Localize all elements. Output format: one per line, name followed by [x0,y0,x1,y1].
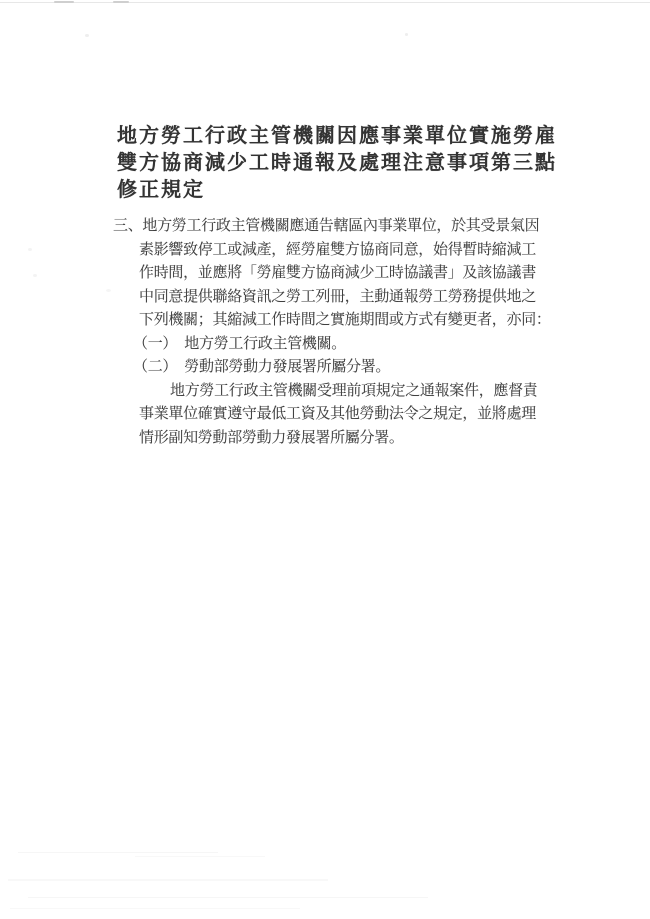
body-line-7-item-2: （二） 勞動部勞動力發展署所屬分署。 [133,356,573,380]
scan-artifact [54,1,74,3]
scan-artifact [18,852,218,853]
title-line-3: 修正規定 [117,177,587,204]
title-line-2: 雙方協商減少工時通報及處理注意事項第三點 [117,150,587,177]
scan-artifact [10,908,300,909]
body-line-8: 地方勞工行政主管機關受理前項規定之通報案件，應督責 [170,380,573,404]
body-line-4: 中同意提供聯絡資訊之勞工列冊，主動通報勞工勞務提供地之 [139,286,573,310]
title-line-1: 地方勞工行政主管機關因應事業單位實施勞雇 [117,123,587,150]
scan-artifact [113,1,129,3]
body-line-1: 三、地方勞工行政主管機關應通告轄區內事業單位，於其受景氣因 [113,215,573,239]
body-line-6-item-1: （一） 地方勞工行政主管機關。 [133,333,573,357]
scan-artifact [28,897,428,898]
scan-artifact [135,856,265,857]
scan-artifact [33,274,37,277]
body-line-10: 情形副知勞動部勞動力發展署所屬分署。 [139,427,573,451]
body-line-5: 下列機關；其縮減工作時間之實施期間或方式有變更者，亦同： [139,309,573,333]
document-body: 三、地方勞工行政主管機關應通告轄區內事業單位，於其受景氣因 素影響致停工或減產，… [113,215,573,450]
scan-artifact [85,34,89,37]
scan-artifact [106,289,111,292]
scan-artifact [0,2,650,3]
scan-artifact [28,248,32,251]
document-title: 地方勞工行政主管機關因應事業單位實施勞雇 雙方協商減少工時通報及處理注意事項第三… [117,123,587,204]
scan-artifact [405,33,408,36]
scan-artifact [8,879,328,881]
document-page: 地方勞工行政主管機關因應事業單位實施勞雇 雙方協商減少工時通報及處理注意事項第三… [0,0,650,919]
body-line-2: 素影響致停工或減產，經勞雇雙方協商同意，始得暫時縮減工 [139,239,573,263]
body-line-3: 作時間，並應將「勞雇雙方協商減少工時協議書」及該協議書 [139,262,573,286]
body-line-9: 事業單位確實遵守最低工資及其他勞動法令之規定，並將處理 [139,403,573,427]
